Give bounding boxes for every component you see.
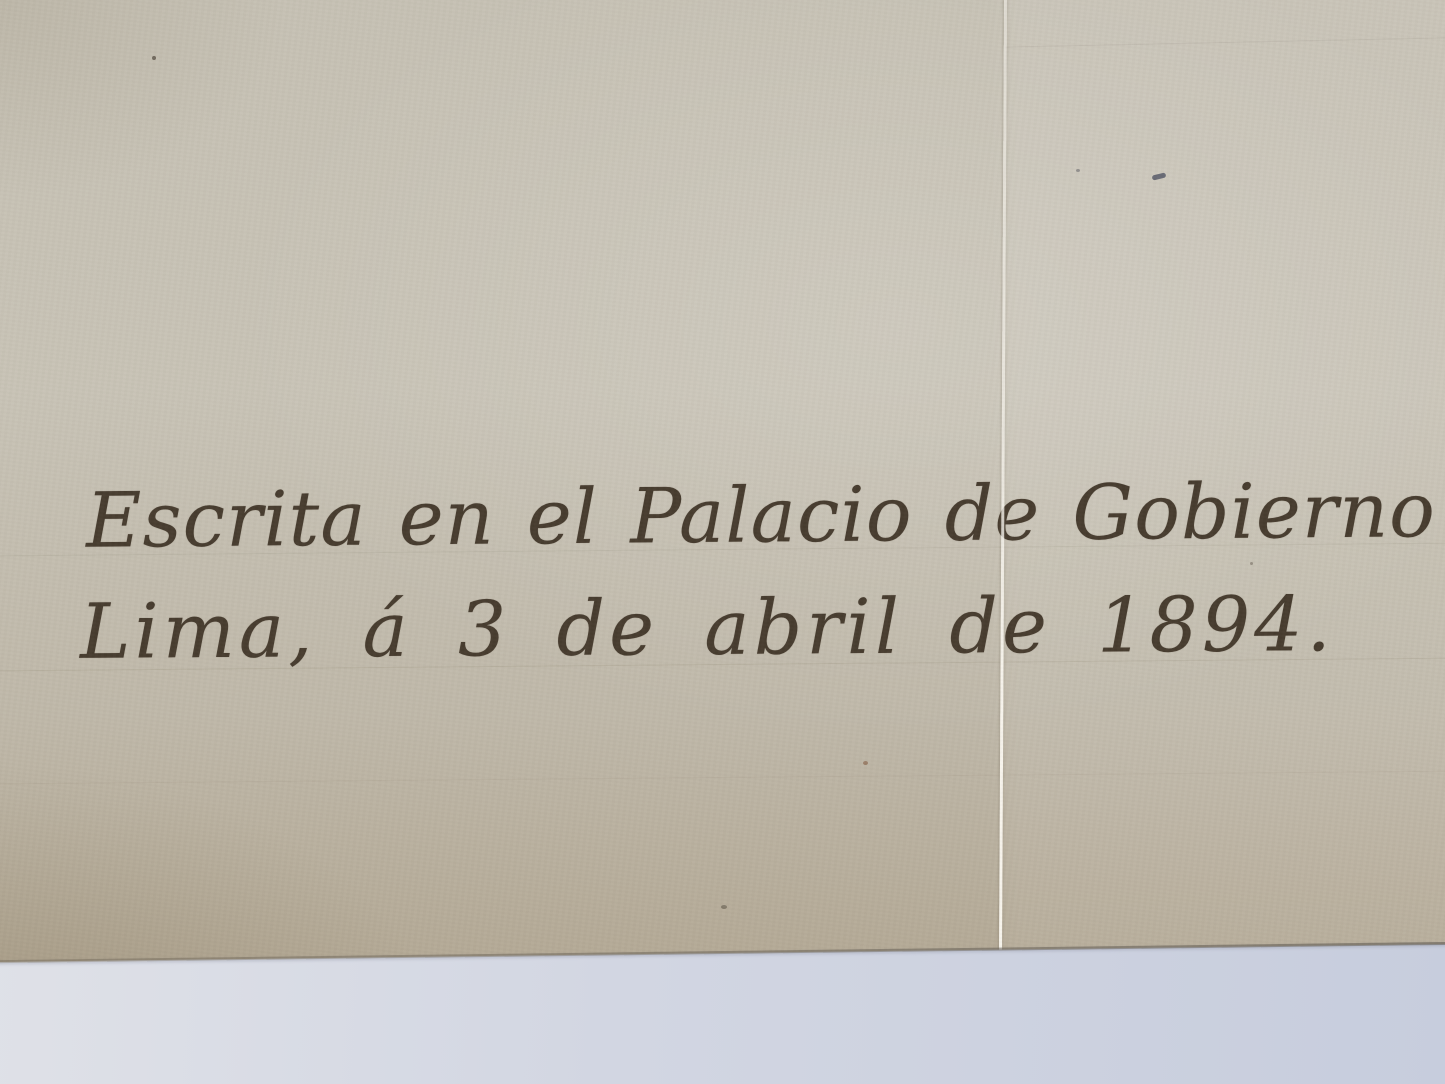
paper-sheet: Escrita en el Palacio de Gobierno en Lim…	[0, 0, 1445, 1084]
paper-speck	[863, 761, 868, 765]
paper-speck	[152, 56, 156, 60]
faint-horizontal-crease	[1005, 37, 1445, 47]
paper-speck	[1250, 562, 1253, 565]
paper-speck	[1076, 169, 1080, 172]
manuscript-photo: Escrita en el Palacio de Gobierno en Lim…	[0, 0, 1445, 1084]
handwritten-line-2: Lima, á 3 de abril de 1894.	[80, 586, 1335, 670]
ink-smudge	[1152, 172, 1167, 180]
handwritten-line-1: Escrita en el Palacio de Gobierno en	[86, 471, 1445, 559]
paper-speck	[721, 905, 727, 909]
ruled-guide-line	[0, 771, 1445, 785]
